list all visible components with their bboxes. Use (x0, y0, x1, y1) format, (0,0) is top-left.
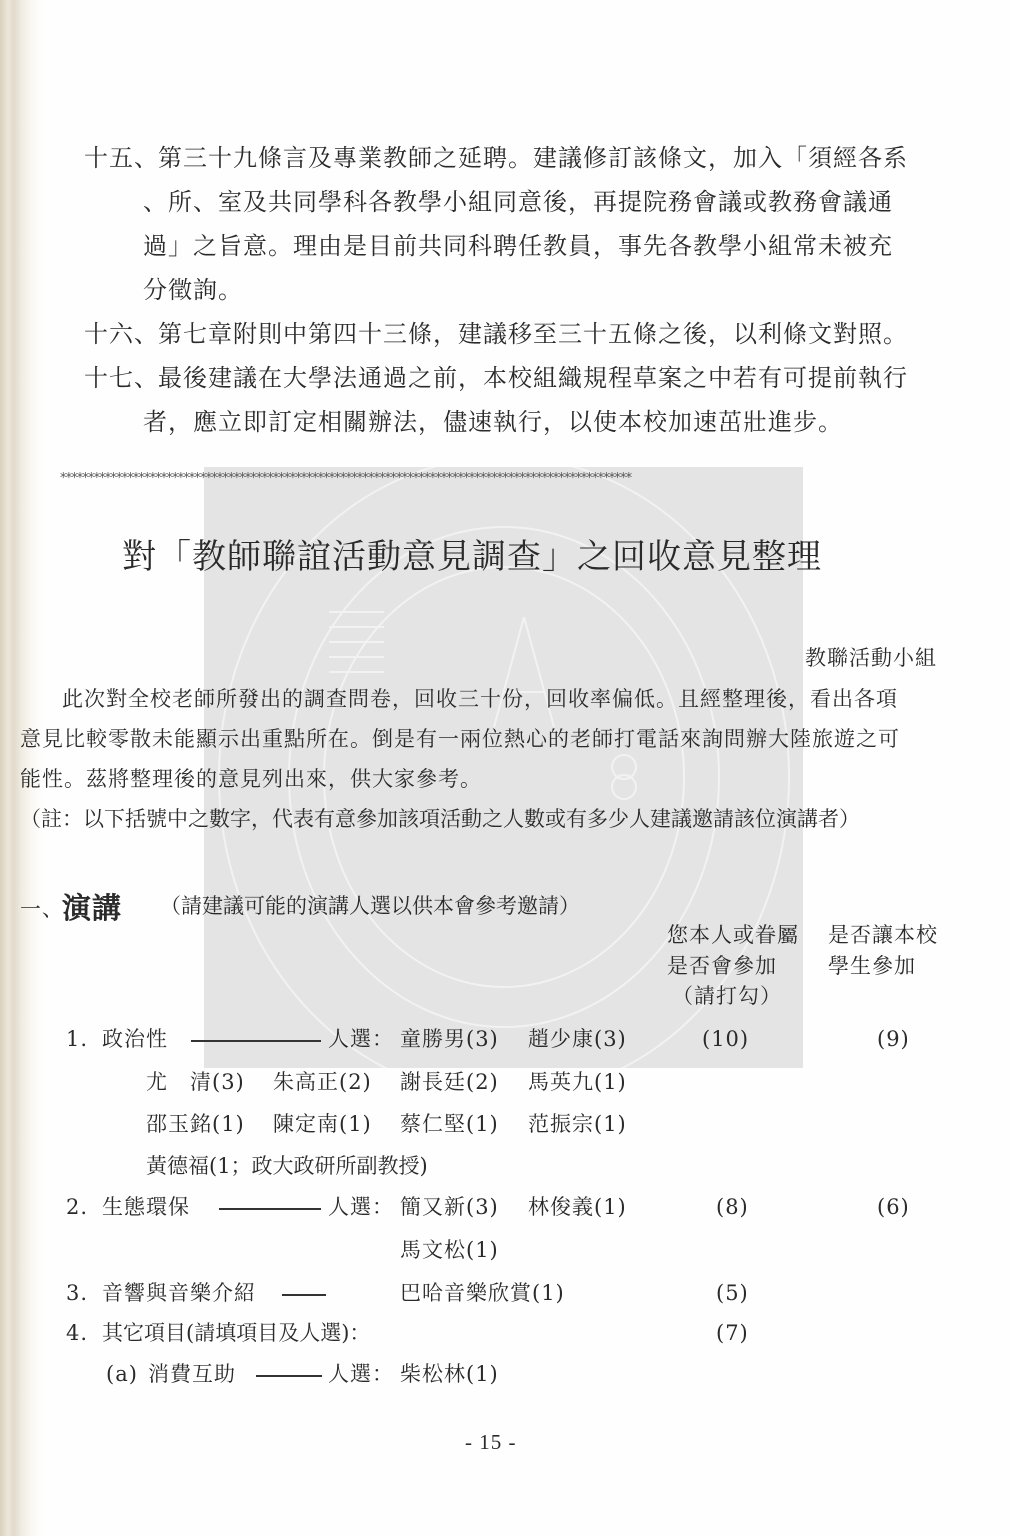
item-15-line-3: 過」之旨意。理由是目前共同科聘任教員，事先各教學小組常未被充 (143, 234, 893, 258)
item-17-line-1: 最後建議在大學法通過之前，本校組織規程草案之中若有可提前執行 (158, 366, 908, 390)
item-1-number: 1. (66, 1029, 88, 1050)
item-2-number: 2. (66, 1197, 88, 1218)
item-number-17: 十七、 (84, 366, 159, 390)
sub-item-a-candidates-label: 人選： (328, 1364, 394, 1385)
intro-line-2: 意見比較零散未能顯示出重點所在。倒是有一兩位熱心的老師打電話來詢問辦大陸旅遊之可 (20, 729, 900, 750)
col-header-students-1: 是否讓本校 (828, 925, 938, 946)
candidate: 尤 清(3) (146, 1072, 245, 1093)
col-header-students-2: 學生參加 (828, 956, 916, 977)
sub-item-a-leader-line (256, 1375, 322, 1377)
item-1-attend-count: (10) (702, 1029, 749, 1050)
page-number: - 15 - (465, 1432, 517, 1453)
item-2-attend-count: (8) (716, 1197, 749, 1218)
col-header-attend-2: 是否會參加 (667, 956, 777, 977)
item-15-line-1: 第三十九條言及專業教師之延聘。建議修訂該條文，加入「須經各系 (158, 146, 908, 170)
report-title: 對「教師聯誼活動意見調查」之回收意見整理 (122, 540, 822, 574)
candidate: 謝長廷(2) (400, 1072, 499, 1093)
intro-line-1: 此次對全校老師所發出的調查問卷，回收三十份，回收率偏低。且經整理後，看出各項 (62, 689, 898, 710)
item-16-line-1: 第七章附則中第四十三條，建議移至三十五條之後，以利條文對照。 (158, 322, 908, 346)
item-15-line-2: 、所、室及共同學科各教學小組同意後，再提院務會議或教務會議通 (143, 190, 893, 214)
item-2-leader-line (219, 1208, 321, 1210)
candidate: 蔡仁堅(1) (400, 1114, 499, 1135)
candidate: 趙少康(3) (528, 1029, 627, 1050)
item-4-attend-count: (7) (716, 1323, 749, 1344)
candidate: 童勝男(3) (400, 1029, 499, 1050)
col-header-attend-3: （請打勾） (672, 986, 782, 1007)
col-header-attend-1: 您本人或眷屬 (667, 925, 799, 946)
item-3-leader-line (282, 1294, 326, 1296)
candidate: 邵玉銘(1) (146, 1114, 245, 1135)
candidate: 馬文松(1) (400, 1240, 499, 1261)
item-4-number: 4. (66, 1323, 88, 1344)
item-1-leader-line (191, 1040, 321, 1042)
item-number-15: 十五、 (84, 146, 159, 170)
candidate: 朱高正(2) (273, 1072, 372, 1093)
candidate: 范振宗(1) (528, 1114, 627, 1135)
section-divider: ****************************************… (60, 472, 905, 486)
item-3-attend-count: (5) (716, 1283, 749, 1304)
report-note: （註：以下括號中之數字，代表有意參加該項活動之人數或有多少人建議邀請該位演講者） (20, 809, 860, 830)
sub-item-a-label: (a) (106, 1364, 138, 1385)
item-2-students-count: (6) (877, 1197, 910, 1218)
intro-line-3: 能性。茲將整理後的意見列出來，供大家參考。 (20, 769, 482, 790)
candidate: 柴松林(1) (400, 1364, 499, 1385)
candidate: 林俊義(1) (528, 1197, 627, 1218)
candidate: 黃德福(1；政大政研所副教授) (146, 1156, 428, 1177)
report-author: 教聯活動小組 (805, 648, 937, 669)
section-1-number: 一、 (20, 899, 64, 920)
item-1-candidates-label: 人選： (328, 1029, 394, 1050)
candidate: 陳定南(1) (273, 1114, 372, 1135)
item-2-topic: 生態環保 (102, 1197, 190, 1218)
item-4-topic: 其它項目(請填項目及人選)： (102, 1323, 370, 1344)
section-1-subtitle: （請建議可能的演講人選以供本會參考邀請） (160, 896, 580, 917)
item-1-topic: 政治性 (102, 1029, 168, 1050)
item-17-line-2: 者，應立即訂定相關辦法，儘速執行，以使本校加速茁壯進步。 (143, 410, 843, 434)
item-3-topic: 音響與音樂介紹 (102, 1283, 256, 1304)
item-1-students-count: (9) (877, 1029, 910, 1050)
section-1-heading: 演講 (62, 894, 122, 923)
item-number-16: 十六、 (84, 322, 159, 346)
candidate: 簡又新(3) (400, 1197, 499, 1218)
candidate: 馬英九(1) (528, 1072, 627, 1093)
item-15-line-4: 分徵詢。 (143, 278, 243, 302)
sub-item-a-topic: 消費互助 (148, 1364, 236, 1385)
item-3-number: 3. (66, 1283, 88, 1304)
item-2-candidates-label: 人選： (328, 1197, 394, 1218)
candidate: 巴哈音樂欣賞(1) (400, 1283, 565, 1304)
